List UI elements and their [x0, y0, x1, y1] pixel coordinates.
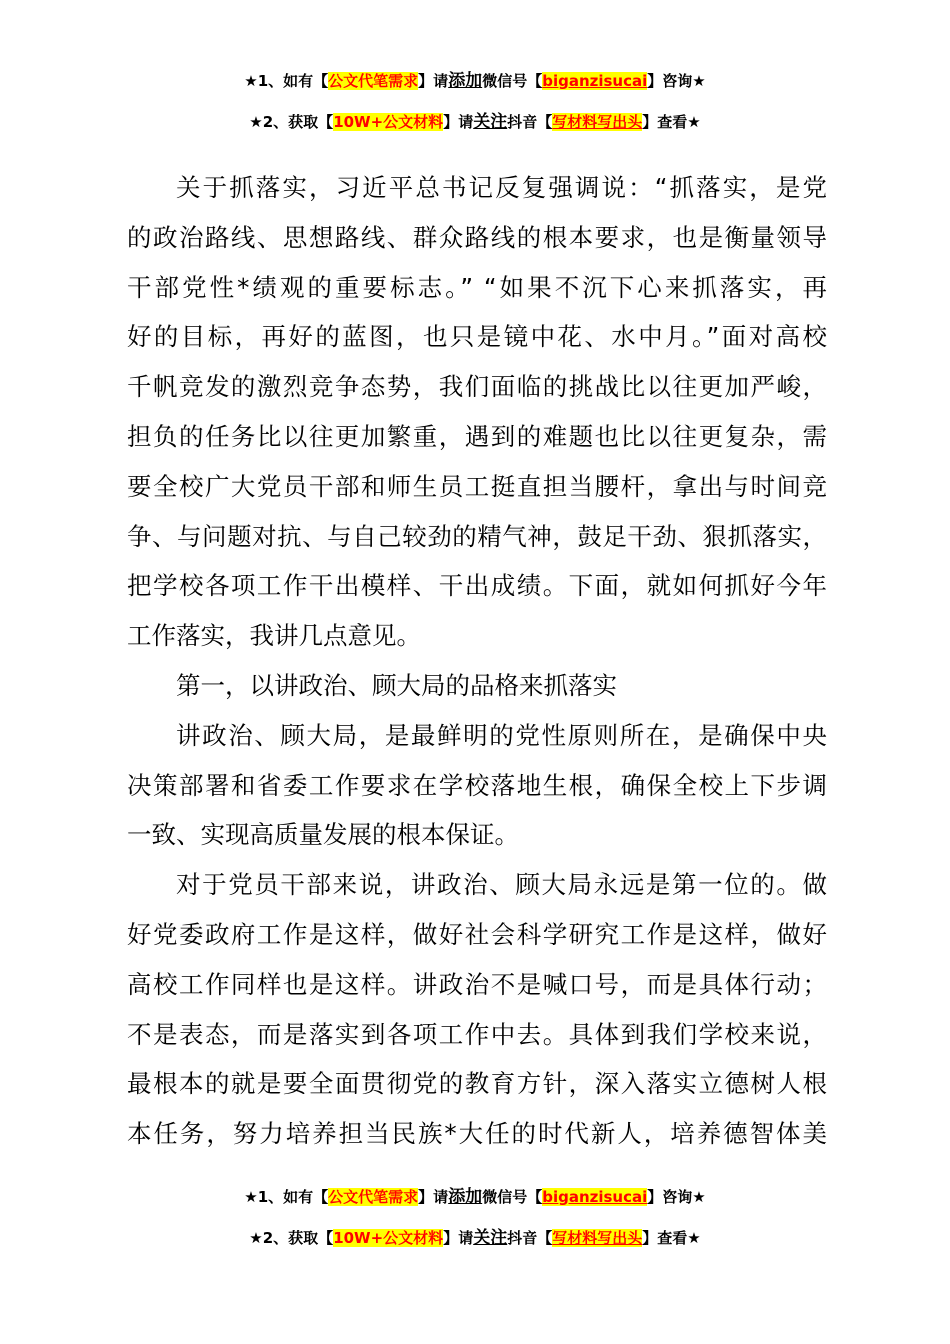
promo-text: 】请	[443, 113, 473, 131]
promo-highlight-writing-service: 公文代笔需求	[328, 72, 418, 90]
footer-promo-line-2: ★2、获取【10W+公文材料】请关注抖音【写材料写出头】查看★	[0, 1228, 950, 1248]
text-line: 好党委政府工作是这样，做好社会科学研究工作是这样，做好	[127, 910, 827, 960]
text-line: 把学校各项工作干出模样、干出成绩。下面，就如何抓好今年	[127, 561, 827, 611]
text-line: 千帆竞发的激烈竞争态势，我们面临的挑战比以往更加严峻，	[127, 362, 827, 412]
text-line: 工作落实，我讲几点意见。	[127, 611, 827, 661]
promo-text: ★2、获取【	[249, 1229, 333, 1247]
promo-text: 微信号【	[482, 72, 542, 90]
text-line: 争、与问题对抗、与自己较劲的精气神，鼓足干劲、狠抓落实，	[127, 512, 827, 562]
promo-underlined-add: 添加	[448, 71, 482, 91]
text-line: 最根本的就是要全面贯彻党的教育方针，深入落实立德树人根	[127, 1059, 827, 1109]
header-promo-line-1: ★1、如有【公文代笔需求】请添加微信号【biganzisucai】咨询★	[0, 71, 950, 91]
promo-text: 】查看★	[642, 113, 700, 131]
paragraph-politics: 讲政治、顾大局，是最鲜明的党性原则所在，是确保中央 决策部署和省委工作要求在学校…	[127, 711, 827, 860]
header-promo-line-2: ★2、获取【10W+公文材料】请关注抖音【写材料写出头】查看★	[0, 112, 950, 132]
promo-text: 抖音【	[507, 1229, 552, 1247]
footer-promo-line-1: ★1、如有【公文代笔需求】请添加微信号【biganzisucai】咨询★	[0, 1187, 950, 1207]
promo-text: 抖音【	[507, 113, 552, 131]
heading-text: 第一，以讲政治、顾大局的品格来抓落实	[127, 661, 827, 711]
promo-text: ★1、如有【	[244, 1188, 328, 1206]
promo-highlight-douyin-account: 写材料写出头	[552, 1229, 642, 1247]
promo-highlight-douyin-account: 写材料写出头	[552, 113, 642, 131]
promo-highlight-materials: 10W+公文材料	[333, 113, 443, 131]
section-heading-first: 第一，以讲政治、顾大局的品格来抓落实	[127, 661, 827, 711]
promo-text: 】请	[418, 1188, 448, 1206]
promo-text: 】咨询★	[647, 72, 705, 90]
text-line: 一致、实现高质量发展的根本保证。	[127, 810, 827, 860]
paragraph-cadres: 对于党员干部来说，讲政治、顾大局永远是第一位的。做 好党委政府工作是这样，做好社…	[127, 860, 827, 1159]
text-line: 不是表态，而是落实到各项工作中去。具体到我们学校来说，	[127, 1010, 827, 1060]
paragraph-intro: 关于抓落实，习近平总书记反复强调说：“抓落实，是党 的政治路线、思想路线、群众路…	[127, 163, 827, 661]
text-line: 要全校广大党员干部和师生员工挺直担当腰杆，拿出与时间竞	[127, 462, 827, 512]
text-line: 关于抓落实，习近平总书记反复强调说：“抓落实，是党	[127, 163, 827, 213]
promo-underlined-follow: 关注	[473, 112, 507, 132]
text-line: 决策部署和省委工作要求在学校落地生根，确保全校上下步调	[127, 761, 827, 811]
promo-highlight-materials: 10W+公文材料	[333, 1229, 443, 1247]
promo-text: 】请	[418, 72, 448, 90]
text-line: 对于党员干部来说，讲政治、顾大局永远是第一位的。做	[127, 860, 827, 910]
promo-text: 】查看★	[642, 1229, 700, 1247]
promo-underlined-follow: 关注	[473, 1228, 507, 1248]
promo-text: 】请	[443, 1229, 473, 1247]
promo-highlight-wechat-id: biganzisucai	[542, 1188, 647, 1206]
text-line: 高校工作同样也是这样。讲政治不是喊口号，而是具体行动；	[127, 960, 827, 1010]
document-body: 关于抓落实，习近平总书记反复强调说：“抓落实，是党 的政治路线、思想路线、群众路…	[127, 163, 827, 1159]
text-line: 本任务，努力培养担当民族*大任的时代新人，培养德智体美	[127, 1109, 827, 1159]
promo-text: 微信号【	[482, 1188, 542, 1206]
text-line: 讲政治、顾大局，是最鲜明的党性原则所在，是确保中央	[127, 711, 827, 761]
promo-underlined-add: 添加	[448, 1187, 482, 1207]
text-line: 的政治路线、思想路线、群众路线的根本要求，也是衡量领导	[127, 213, 827, 263]
promo-highlight-wechat-id: biganzisucai	[542, 72, 647, 90]
text-line: 干部党性*绩观的重要标志。” “如果不沉下心来抓落实，再	[127, 263, 827, 313]
text-line: 好的目标，再好的蓝图，也只是镜中花、水中月。”面对高校	[127, 312, 827, 362]
promo-text: 】咨询★	[647, 1188, 705, 1206]
promo-highlight-writing-service: 公文代笔需求	[328, 1188, 418, 1206]
promo-text: ★1、如有【	[244, 72, 328, 90]
text-line: 担负的任务比以往更加繁重，遇到的难题也比以往更复杂，需	[127, 412, 827, 462]
promo-text: ★2、获取【	[249, 113, 333, 131]
